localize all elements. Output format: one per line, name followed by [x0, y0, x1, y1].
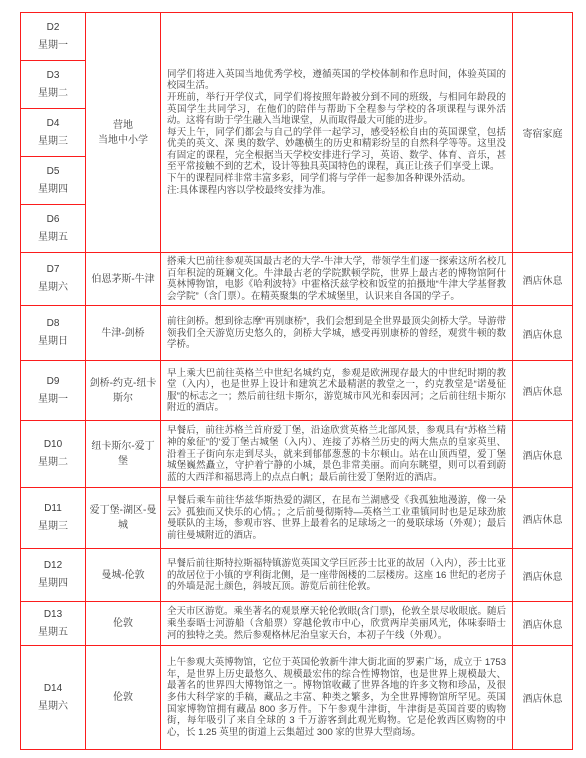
location-line: 营地	[89, 118, 157, 133]
weekday-label: 星期五	[22, 229, 84, 247]
day-cell: D6 星期五	[21, 205, 86, 253]
table-row: D12 星期四 曼城-伦敦 早餐后前往斯特拉斯福特镇游览英国文学巨匠莎士比亚的故…	[21, 549, 573, 602]
description-paragraph: 前往剑桥。想到徐志摩“再别康桥”，我们会想到是全世界最顶尖剑桥大学。导游带领我们…	[167, 316, 506, 351]
location-cell: 营地 当地中小学	[86, 13, 161, 253]
description-cell: 前往剑桥。想到徐志摩“再别康桥”，我们会想到是全世界最顶尖剑桥大学。导游带领我们…	[161, 306, 513, 361]
description-cell: 早餐后乘车前往华兹华斯热爱的湖区，在昆布兰湖感受《我孤独地漫游，像一朵云》孤独而…	[161, 488, 513, 549]
day-code: D10	[22, 436, 84, 454]
weekday-label: 星期四	[22, 181, 84, 199]
description-paragraph: 上午参观大英博物馆，它位于英国伦敦新牛津大街北面的罗素广场，成立于 1753 年…	[167, 657, 506, 738]
accommodation-cell: 酒店休息	[513, 421, 573, 488]
table-row: D8 星期日 牛津-剑桥 前往剑桥。想到徐志摩“再别康桥”，我们会想到是全世界最…	[21, 306, 573, 361]
day-cell: D9 星期一	[21, 361, 86, 421]
accommodation-cell: 酒店休息	[513, 361, 573, 421]
weekday-label: 星期六	[22, 698, 84, 716]
description-paragraph: 早餐后乘车前往华兹华斯热爱的湖区，在昆布兰湖感受《我孤独地漫游，像一朵云》孤独而…	[167, 495, 506, 541]
accommodation-cell: 酒店休息	[513, 602, 573, 646]
day-cell: D12 星期四	[21, 549, 86, 602]
table-row: D14 星期六 伦敦 上午参观大英博物馆，它位于英国伦敦新牛津大街北面的罗素广场…	[21, 646, 573, 750]
description-cell: 同学们将进入英国当地优秀学校，遵循英国的学校体制和作息时间，体验英国的校园生活。…	[161, 13, 513, 253]
table-row: D13 星期五 伦敦 全天市区游览。乘坐著名的观景摩天轮伦敦眼(含门票)，伦敦全…	[21, 602, 573, 646]
description-cell: 全天市区游览。乘坐著名的观景摩天轮伦敦眼(含门票)，伦敦全景尽收眼底。随后乘坐泰…	[161, 602, 513, 646]
day-cell: D11 星期三	[21, 488, 86, 549]
location-cell: 爱丁堡-湖区-曼城	[86, 488, 161, 549]
location-cell: 牛津-剑桥	[86, 306, 161, 361]
description-paragraph: 每天上午，同学们都会与自己的学伴一起学习，感受轻松自由的英国课堂，包括优美的英文…	[167, 127, 506, 173]
day-code: D9	[22, 373, 84, 391]
accommodation-cell: 寄宿家庭	[513, 13, 573, 253]
day-code: D14	[22, 680, 84, 698]
day-cell: D14 星期六	[21, 646, 86, 750]
weekday-label: 星期二	[22, 454, 84, 472]
weekday-label: 星期三	[22, 518, 84, 536]
description-paragraph: 搭乘大巴前往参观英国最古老的大学-牛津大学，带领学生们逐一探索这所名校几百年积淀…	[167, 256, 506, 302]
description-cell: 上午参观大英博物馆，它位于英国伦敦新牛津大街北面的罗素广场，成立于 1753 年…	[161, 646, 513, 750]
table-row: D9 星期一 剑桥-约克-纽卡斯尔 早上乘大巴前往英格兰中世纪名城约克，参观是欧…	[21, 361, 573, 421]
description-paragraph: 开班前，举行开学仪式，同学们将按照年龄被分到不同的班级，与相同年龄段的英国学生共…	[167, 92, 506, 127]
description-paragraph: 早上乘大巴前往英格兰中世纪名城约克，参观是欧洲现存最大的中世纪时期的教堂（入内）…	[167, 368, 506, 414]
table-row: D10 星期二 纽卡斯尔-爱丁堡 早餐后，前往苏格兰首府爱丁堡，沿途欣赏英格兰北…	[21, 421, 573, 488]
description-paragraph: 全天市区游览。乘坐著名的观景摩天轮伦敦眼(含门票)，伦敦全景尽收眼底。随后乘坐泰…	[167, 606, 506, 641]
weekday-label: 星期二	[22, 85, 84, 103]
description-paragraph: 同学们将进入英国当地优秀学校，遵循英国的学校体制和作息时间，体验英国的校园生活。	[167, 69, 506, 92]
day-cell: D4 星期三	[21, 109, 86, 157]
weekday-label: 星期四	[22, 575, 84, 593]
weekday-label: 星期一	[22, 391, 84, 409]
day-code: D12	[22, 557, 84, 575]
accommodation-cell: 酒店休息	[513, 646, 573, 750]
description-cell: 早餐后前往斯特拉斯福特镇游览英国文学巨匠莎士比亚的故居（入内），莎士比亚的故居位…	[161, 549, 513, 602]
day-code: D6	[22, 211, 84, 229]
day-cell: D7 星期六	[21, 253, 86, 306]
location-cell: 剑桥-约克-纽卡斯尔	[86, 361, 161, 421]
location-cell: 伦敦	[86, 602, 161, 646]
accommodation-cell: 酒店休息	[513, 253, 573, 306]
accommodation-cell: 酒店休息	[513, 549, 573, 602]
location-cell: 纽卡斯尔-爱丁堡	[86, 421, 161, 488]
description-paragraph: 注:具体课程内容以学校最终安排为准。	[167, 185, 506, 197]
accommodation-cell: 酒店休息	[513, 306, 573, 361]
location-line: 当地中小学	[89, 133, 157, 148]
table-row: D7 星期六 伯恩茅斯-牛津 搭乘大巴前往参观英国最古老的大学-牛津大学，带领学…	[21, 253, 573, 306]
weekday-label: 星期六	[22, 279, 84, 297]
day-cell: D8 星期日	[21, 306, 86, 361]
location-cell: 曼城-伦敦	[86, 549, 161, 602]
day-cell: D13 星期五	[21, 602, 86, 646]
description-cell: 早上乘大巴前往英格兰中世纪名城约克，参观是欧洲现存最大的中世纪时期的教堂（入内）…	[161, 361, 513, 421]
description-cell: 搭乘大巴前往参观英国最古老的大学-牛津大学，带领学生们逐一探索这所名校几百年积淀…	[161, 253, 513, 306]
accommodation-cell: 酒店休息	[513, 488, 573, 549]
description-paragraph: 下午的课程同样非常丰富多彩，同学们将与学伴一起参加各种课外活动。	[167, 173, 506, 185]
table-row: D11 星期三 爱丁堡-湖区-曼城 早餐后乘车前往华兹华斯热爱的湖区，在昆布兰湖…	[21, 488, 573, 549]
weekday-label: 星期五	[22, 624, 84, 642]
day-code: D5	[22, 163, 84, 181]
description-cell: 早餐后，前往苏格兰首府爱丁堡，沿途欣赏英格兰北部风景，参观具有“苏格兰精神的象征…	[161, 421, 513, 488]
itinerary-table: D2 星期一 营地 当地中小学 同学们将进入英国当地优秀学校，遵循英国的学校体制…	[20, 12, 573, 750]
weekday-label: 星期三	[22, 133, 84, 151]
day-code: D7	[22, 261, 84, 279]
day-code: D2	[22, 19, 84, 37]
description-paragraph: 早餐后前往斯特拉斯福特镇游览英国文学巨匠莎士比亚的故居（入内），莎士比亚的故居位…	[167, 558, 506, 593]
location-cell: 伦敦	[86, 646, 161, 750]
day-code: D3	[22, 67, 84, 85]
day-cell: D2 星期一	[21, 13, 86, 61]
day-code: D4	[22, 115, 84, 133]
itinerary-page: D2 星期一 营地 当地中小学 同学们将进入英国当地优秀学校，遵循英国的学校体制…	[0, 0, 586, 750]
day-cell: D10 星期二	[21, 421, 86, 488]
day-code: D13	[22, 606, 84, 624]
weekday-label: 星期一	[22, 37, 84, 55]
weekday-label: 星期日	[22, 333, 84, 351]
location-cell: 伯恩茅斯-牛津	[86, 253, 161, 306]
day-cell: D3 星期二	[21, 61, 86, 109]
day-cell: D5 星期四	[21, 157, 86, 205]
description-paragraph: 早餐后，前往苏格兰首府爱丁堡，沿途欣赏英格兰北部风景，参观具有“苏格兰精神的象征…	[167, 425, 506, 483]
table-row: D2 星期一 营地 当地中小学 同学们将进入英国当地优秀学校，遵循英国的学校体制…	[21, 13, 573, 61]
day-code: D11	[22, 500, 84, 518]
day-code: D8	[22, 315, 84, 333]
